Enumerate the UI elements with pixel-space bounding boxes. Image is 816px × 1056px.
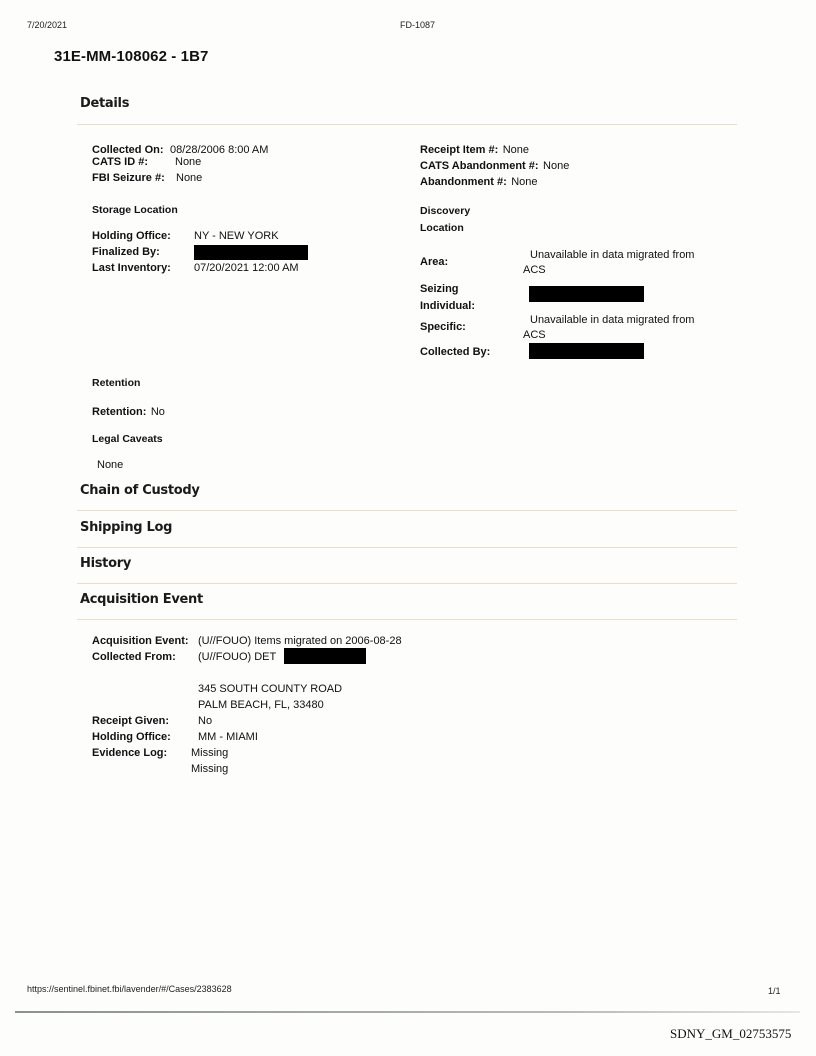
cats-id-value: None	[175, 156, 201, 168]
abandonment-value: None	[511, 176, 537, 188]
footer-divider	[15, 1011, 800, 1013]
finalized-by-label: Finalized By:	[92, 246, 160, 258]
record-title: 31E-MM-108062 - 1B7	[54, 48, 208, 65]
acquisition-event-value: (U//FOUO) Items migrated on 2006-08-28	[198, 635, 402, 647]
cats-abandonment-label: CATS Abandonment #:	[420, 160, 539, 172]
specific-value-2: ACS	[523, 329, 546, 341]
last-inventory-value: 07/20/2021 12:00 AM	[194, 262, 299, 274]
legal-caveats-value: None	[97, 459, 123, 471]
collected-from-label: Collected From:	[92, 651, 176, 663]
collected-from-redaction	[284, 648, 366, 664]
receipt-given-label: Receipt Given:	[92, 715, 169, 727]
abandonment-row: Abandonment #: None	[420, 172, 538, 190]
collected-by-label: Collected By:	[420, 346, 490, 358]
seizing-individual-redaction	[529, 286, 644, 302]
retention-heading: Retention	[92, 377, 140, 389]
address-line-1: 345 SOUTH COUNTY ROAD	[198, 683, 342, 695]
storage-location-heading: Storage Location	[92, 204, 178, 216]
seizing-individual-label-1: Seizing	[420, 283, 459, 295]
section-details[interactable]: Details	[80, 96, 129, 111]
bates-number: SDNY_GM_02753575	[670, 1026, 791, 1042]
section-chain-of-custody[interactable]: Chain of Custody	[80, 483, 200, 498]
print-date: 7/20/2021	[27, 20, 67, 30]
area-label: Area:	[420, 256, 448, 268]
collected-by-redaction	[529, 343, 644, 359]
footer-page-number: 1/1	[768, 986, 781, 996]
seizing-individual-label-2: Individual:	[420, 300, 475, 312]
receipt-item-label: Receipt Item #:	[420, 144, 498, 156]
collected-from-value: (U//FOUO) DET	[198, 651, 276, 663]
collected-on-label: Collected On:	[92, 144, 164, 156]
acquisition-event-divider	[77, 619, 737, 620]
address-line-2: PALM BEACH, FL, 33480	[198, 699, 324, 711]
fbi-seizure-value: None	[176, 172, 202, 184]
area-value-1: Unavailable in data migrated from	[530, 249, 694, 261]
section-acquisition-event[interactable]: Acquisition Event	[80, 592, 203, 607]
section-history[interactable]: History	[80, 556, 131, 571]
area-value-2: ACS	[523, 264, 546, 276]
receipt-given-value: No	[198, 715, 212, 727]
form-number: FD-1087	[400, 20, 435, 30]
specific-value-1: Unavailable in data migrated from	[530, 314, 694, 326]
acq-holding-office-value: MM - MIAMI	[198, 731, 258, 743]
retention-value: No	[151, 406, 165, 418]
details-divider	[77, 124, 737, 125]
cats-id-label: CATS ID #:	[92, 156, 148, 168]
section-shipping-log[interactable]: Shipping Log	[80, 520, 172, 535]
history-divider	[77, 583, 737, 584]
abandonment-label: Abandonment #:	[420, 176, 507, 188]
receipt-item-value: None	[503, 144, 529, 156]
footer-url: https://sentinel.fbinet.fbi/lavender/#/C…	[27, 984, 232, 994]
finalized-by-redaction	[194, 245, 308, 260]
specific-label: Specific:	[420, 321, 466, 333]
chain-of-custody-divider	[77, 510, 737, 511]
discovery-location-heading-1: Discovery	[420, 205, 470, 217]
holding-office-label: Holding Office:	[92, 230, 171, 242]
last-inventory-label: Last Inventory:	[92, 262, 171, 274]
retention-label: Retention:	[92, 406, 146, 418]
acq-holding-office-label: Holding Office:	[92, 731, 171, 743]
retention-row: Retention: No	[92, 402, 165, 420]
collected-on-value: 08/28/2006 8:00 AM	[170, 144, 268, 156]
shipping-log-divider	[77, 547, 737, 548]
acquisition-event-label: Acquisition Event:	[92, 635, 189, 647]
holding-office-value: NY - NEW YORK	[194, 230, 279, 242]
fbi-seizure-label: FBI Seizure #:	[92, 172, 165, 184]
legal-caveats-heading: Legal Caveats	[92, 433, 163, 445]
cats-abandonment-value: None	[543, 160, 569, 172]
discovery-location-heading-2: Location	[420, 222, 464, 234]
evidence-log-value-1: Missing	[191, 747, 228, 759]
evidence-log-label: Evidence Log:	[92, 747, 167, 759]
evidence-log-value-2: Missing	[191, 763, 228, 775]
